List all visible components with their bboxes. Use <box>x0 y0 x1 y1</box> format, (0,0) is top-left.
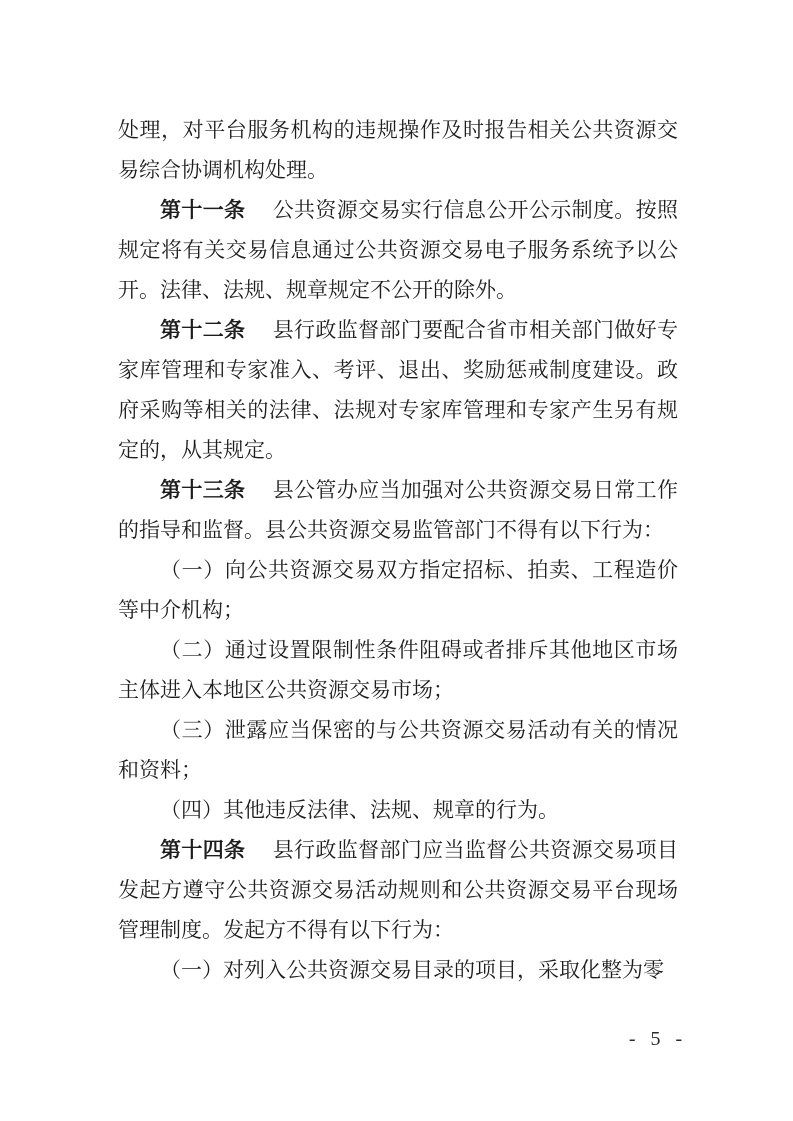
article-14-item-1: （一）对列入公共资源交易目录的项目，采取化整为零 <box>118 950 678 990</box>
article-14-number: 第十四条 <box>160 838 245 862</box>
paragraph-text: （一）对列入公共资源交易目录的项目，采取化整为零 <box>160 958 664 982</box>
paragraph-text: （二）通过设置限制性条件阻碍或者排斥其他地区市场主体进入本地区公共资源交易市场； <box>118 638 678 702</box>
paragraph-text: （三）泄露应当保密的与公共资源交易活动有关的情况和资料； <box>118 718 678 782</box>
paragraph-text: （一）向公共资源交易双方指定招标、拍卖、工程造价等中介机构； <box>118 558 678 622</box>
article-13-paragraph: 第十三条县公管办应当加强对公共资源交易日常工作的指导和监督。县公共资源交易监管部… <box>118 470 678 550</box>
page-number: - 5 - <box>612 1028 704 1051</box>
document-body: 处理，对平台服务机构的违规操作及时报告相关公共资源交易综合协调机构处理。 第十一… <box>118 110 678 990</box>
article-11-number: 第十一条 <box>160 198 245 222</box>
article-13-number: 第十三条 <box>160 478 245 502</box>
paragraph-text: （四）其他违反法律、法规、规章的行为。 <box>160 798 559 822</box>
article-12-number: 第十二条 <box>160 318 245 342</box>
article-13-item-1: （一）向公共资源交易双方指定招标、拍卖、工程造价等中介机构； <box>118 550 678 630</box>
article-13-item-4: （四）其他违反法律、法规、规章的行为。 <box>118 790 678 830</box>
paragraph-continuation: 处理，对平台服务机构的违规操作及时报告相关公共资源交易综合协调机构处理。 <box>118 110 678 190</box>
article-11-paragraph: 第十一条公共资源交易实行信息公开公示制度。按照规定将有关交易信息通过公共资源交易… <box>118 190 678 310</box>
document-page: 处理，对平台服务机构的违规操作及时报告相关公共资源交易综合协调机构处理。 第十一… <box>0 0 793 1121</box>
article-12-paragraph: 第十二条县行政监督部门要配合省市相关部门做好专家库管理和专家准入、考评、退出、奖… <box>118 310 678 470</box>
article-14-paragraph: 第十四条县行政监督部门应当监督公共资源交易项目发起方遵守公共资源交易活动规则和公… <box>118 830 678 950</box>
article-13-item-3: （三）泄露应当保密的与公共资源交易活动有关的情况和资料； <box>118 710 678 790</box>
paragraph-text: 处理，对平台服务机构的违规操作及时报告相关公共资源交易综合协调机构处理。 <box>118 118 678 182</box>
article-13-item-2: （二）通过设置限制性条件阻碍或者排斥其他地区市场主体进入本地区公共资源交易市场； <box>118 630 678 710</box>
